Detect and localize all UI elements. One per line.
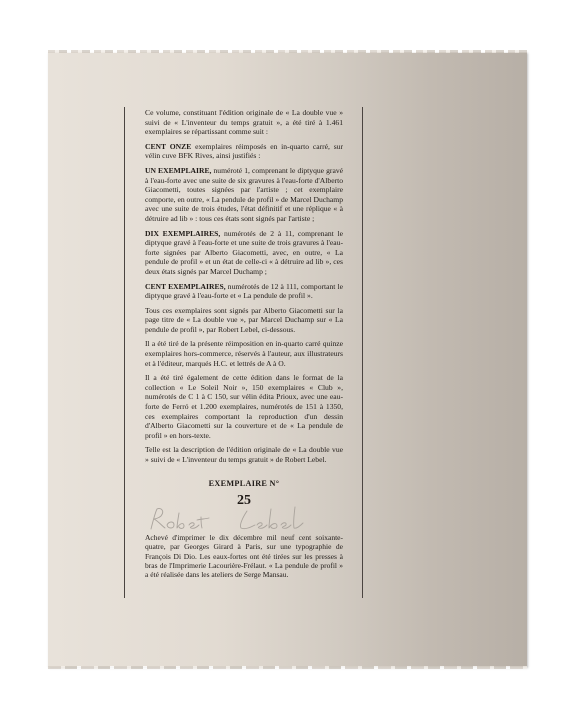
- paragraph-soleil-noir: Il a été tiré également de cette édition…: [145, 373, 343, 440]
- paragraph-dix-exemplaires: DIX EXEMPLAIRES, numérotés de 2 à 11, co…: [145, 229, 343, 277]
- exemplaire-label: EXEMPLAIRE N°: [145, 479, 343, 489]
- colophon-text: Achevé d'imprimer le dix décembre mil ne…: [145, 533, 343, 579]
- handwritten-signature: [145, 509, 343, 531]
- paragraph-cent-exemplaires: CENT EXEMPLAIRES, numérotés de 12 à 111,…: [145, 282, 343, 301]
- paragraph-cent-onze: CENT ONZE exemplaires réimposés en in-qu…: [145, 142, 343, 161]
- paragraph-intro: Ce volume, constituant l'édition origina…: [145, 108, 343, 137]
- book-page: Ce volume, constituant l'édition origina…: [48, 52, 527, 667]
- right-column-rule: [362, 107, 363, 598]
- paragraph-signatures: Tous ces exemplaires sont signés par Alb…: [145, 306, 343, 335]
- paragraph-hors-commerce: Il a été tiré de la présente réimpositio…: [145, 339, 343, 368]
- left-column-rule: [124, 107, 125, 598]
- paragraph-description: Telle est la description de l'édition or…: [145, 445, 343, 464]
- signature-scrawl-icon: [139, 503, 339, 533]
- paragraph-un-exemplaire: UN EXEMPLAIRE, numéroté 1, comprenant le…: [145, 166, 343, 224]
- justification-text-column: Ce volume, constituant l'édition origina…: [145, 108, 343, 585]
